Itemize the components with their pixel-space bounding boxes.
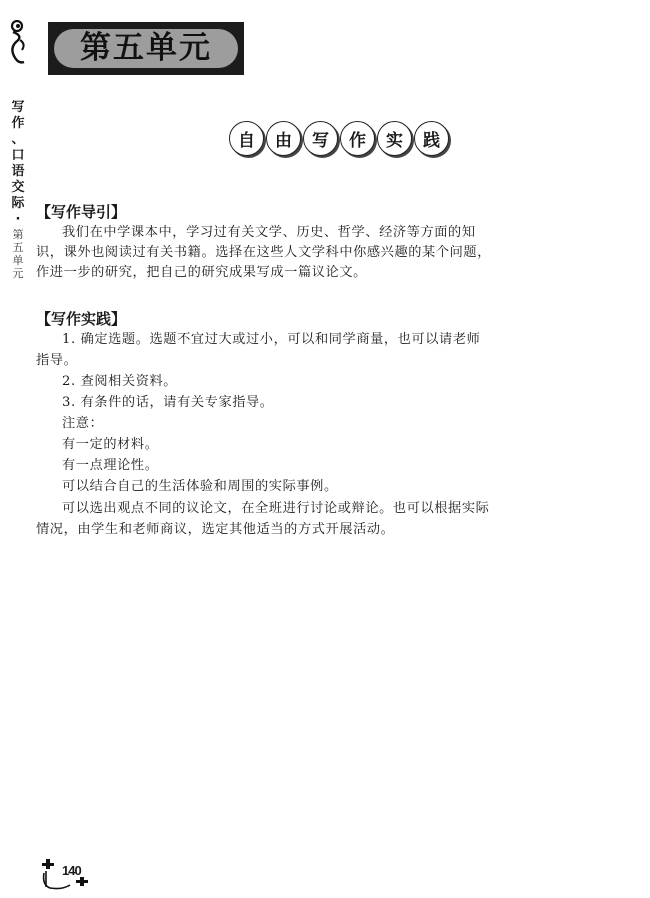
note-item: 有一点理论性。 xyxy=(62,457,159,475)
note-item: 可以结合自己的生活体验和周围的实际事例。 xyxy=(62,478,338,496)
page-number-text: 140 xyxy=(62,863,81,878)
paragraph-line: 可以选出观点不同的议论文，在全班进行讨论或辩论。也可以根据实际 xyxy=(62,500,489,518)
side-char: 五 xyxy=(13,241,24,254)
title-char: 践 xyxy=(414,121,449,156)
side-char: 写 xyxy=(11,100,24,116)
paragraph-line: 我们在中学课本中，学习过有关文学、历史、哲学、经济等方面的知 xyxy=(62,224,476,242)
note-label: 注意： xyxy=(62,415,103,433)
side-running-header: 写 作 、 口 语 交 际 · 第 五 单 元 xyxy=(10,100,26,280)
page-number: 140 xyxy=(40,857,90,891)
title-char: 写 xyxy=(303,121,338,156)
section-heading-guide: 【写作导引】 xyxy=(36,203,126,221)
page-title: 自 由 写 作 实 践 xyxy=(229,121,449,156)
note-item: 有一定的材料。 xyxy=(62,436,159,454)
list-item: 1. 确定选题。选题不宜过大或过小，可以和同学商量，也可以请老师 xyxy=(62,331,480,349)
side-char: 交 xyxy=(11,180,24,196)
title-char: 由 xyxy=(266,121,301,156)
title-char: 自 xyxy=(229,121,264,156)
list-item: 2. 查阅相关资料。 xyxy=(62,373,177,391)
side-char: 第 xyxy=(13,228,24,241)
section-heading-practice: 【写作实践】 xyxy=(36,310,126,328)
unit-banner: 第五单元 xyxy=(48,22,244,75)
side-char: 际 xyxy=(11,196,24,212)
paragraph-line: 作进一步的研究，把自己的研究成果写成一篇议论文。 xyxy=(36,264,367,282)
paragraph-line: 识，课外也阅读过有关书籍。选择在这些人文学科中你感兴趣的某个问题， xyxy=(36,244,491,262)
list-item: 3. 有条件的话，请有关专家指导。 xyxy=(62,394,274,412)
side-char: 语 xyxy=(11,164,24,180)
side-char: 、 xyxy=(11,132,24,148)
list-item-continuation: 指导。 xyxy=(36,352,77,370)
side-separator: · xyxy=(16,212,21,228)
scroll-flourish-icon xyxy=(8,20,28,66)
paragraph-line: 情况，由学生和老师商议，选定其他适当的方式开展活动。 xyxy=(36,521,394,539)
side-char: 口 xyxy=(11,148,24,164)
side-char: 单 xyxy=(13,254,24,267)
unit-title: 第五单元 xyxy=(80,33,212,64)
side-char: 元 xyxy=(13,267,24,280)
title-char: 实 xyxy=(377,121,412,156)
unit-banner-pill: 第五单元 xyxy=(54,29,238,68)
side-char: 作 xyxy=(11,116,24,132)
title-char: 作 xyxy=(340,121,375,156)
